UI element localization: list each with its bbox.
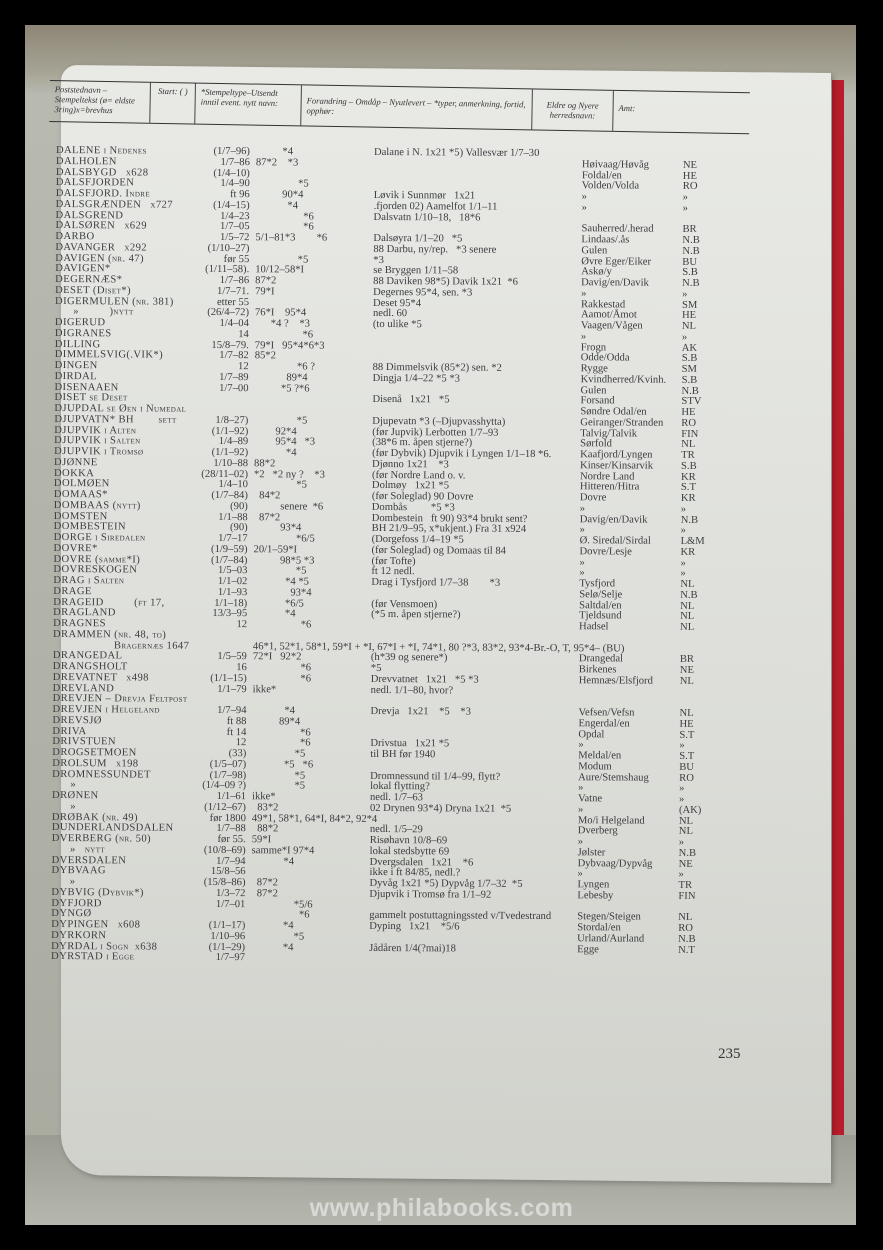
stamp-types: *4 (252, 857, 294, 868)
herred-name: Davig/en/Davik (580, 515, 648, 526)
amt-code: FIN (678, 892, 695, 903)
post-office-list: DALENE i Nedenes(1/7–96) *4Dalane i N. 1… (51, 146, 756, 967)
stamp-types: ikke* (253, 685, 277, 696)
start-date: 12 (185, 620, 247, 631)
change-notes: Drag i Tysfjord 1/7–38 *3 (371, 578, 500, 590)
amt-code: N.B (680, 591, 697, 602)
page-number: 235 (718, 1046, 741, 1063)
amt-code: NL (680, 677, 694, 688)
herred-name: Dverberg (578, 826, 618, 837)
place-name: DYRSTAD i Egge (51, 952, 134, 963)
herred-name: Dybvaag/Dypvåg (578, 859, 653, 870)
amt-code: S.B (682, 376, 698, 387)
amt-code: N.B (679, 849, 696, 860)
book-cover-edge (832, 80, 844, 1155)
stamp-types: *6 (253, 620, 311, 631)
start-date: (1/10–27) (187, 244, 249, 255)
herred-name: Volden/Volda (582, 181, 639, 192)
change-notes: 02 Drynen 93*4) Dryna 1x21 *5 (370, 804, 511, 816)
amt-code: » (683, 204, 688, 215)
stamp-types: *4 (251, 943, 293, 954)
herred-name: Aure/Stemshaug (578, 773, 649, 784)
place-name: » (52, 802, 76, 813)
herred-name: Hadsel (579, 622, 608, 633)
start-date: 1/7–97 (183, 953, 245, 964)
start-date: (1/1–15) (185, 674, 247, 685)
amt-code: NL (680, 623, 694, 634)
stamp-types: 87*2 (251, 889, 278, 900)
stamp-types: 5/1–81*3 *6 (255, 233, 327, 244)
amt-code: (AK) (679, 806, 701, 817)
amt-code: N.B (682, 247, 699, 258)
change-notes: 88 Darbu, ny/rep. *3 senere (373, 245, 496, 257)
amt-code: NE (683, 161, 697, 172)
change-notes: Dalsvatn 1/10–18, 18*6 (374, 212, 481, 223)
header-herred: Eldre og Nyere herredsnavn: (532, 89, 614, 130)
herred-name: Egge (577, 945, 599, 956)
herred-name: Vaagen/Vågen (581, 321, 643, 332)
start-date: ft 88 (184, 717, 246, 728)
herred-name: Hemnæs/Elsfjord (579, 676, 653, 687)
amt-code: » (681, 505, 686, 516)
header-name: Poststednavn – Stempeltekst (ø= eldste 3… (49, 81, 151, 123)
herred-name: » (581, 289, 586, 300)
start-date: 1/7–89 (187, 373, 249, 384)
start-date: 1/3–72 (183, 889, 245, 900)
change-notes: Drevja 1x21 *5 *3 (371, 707, 471, 718)
watermark: www.philabooks.com (0, 1194, 883, 1223)
change-notes: Djupvik i Tromsø fra 1/1–92 (369, 890, 491, 901)
header-amt: Amt: (613, 91, 664, 132)
change-notes: Dingja 1/4–22 *5 *3 (373, 374, 460, 385)
change-notes: Dyping 1x21 *5/6 (369, 922, 459, 933)
change-notes: nedl. 1/1–80, hvor? (371, 685, 453, 696)
stamp-types: 87*2 *3 (256, 158, 298, 169)
amt-code: BU (679, 763, 694, 774)
change-notes: til BH før 1940 (370, 750, 435, 761)
herred-name: Gulen (581, 246, 607, 257)
start-date: (10/8–69) (184, 846, 246, 857)
start-date: 1/1–79 (185, 684, 247, 695)
change-notes: (*5 m. åpen stjerne?) (371, 610, 460, 621)
start-date: (1/4–15) (188, 201, 250, 212)
amt-code: RO (681, 419, 696, 430)
stamp-types: 88*2 (254, 459, 275, 470)
herred-name: Davig/en/Davik (581, 278, 649, 289)
change-notes: Disenå 1x21 *5 (372, 395, 449, 406)
change-notes: Jådåren 1/4(?mai)18 (369, 943, 456, 954)
herred-name: Lebesby (577, 891, 613, 902)
change-notes: (h*39 og senere*) (371, 653, 448, 664)
stamp-types: *5 ?*6 (254, 384, 309, 395)
amt-code: KR (680, 548, 695, 559)
header-stamp: *Stempeltype–Utsendt inntil event. nytt … (195, 84, 302, 126)
herred-name: Dovre/Lesje (579, 547, 631, 558)
header-start: Start: ( ) (150, 83, 196, 124)
header-change: Forandring – Omdåp – Nyutlevert – *typer… (301, 85, 533, 129)
change-notes: (to ulike *5 (373, 320, 422, 331)
amt-code: N.B (678, 935, 695, 946)
start-date: 1/7–00 (186, 383, 248, 394)
herred-name: » (582, 203, 587, 214)
amt-code: » (682, 333, 687, 344)
amt-code: S.B (681, 462, 697, 473)
start-date: (90) (186, 502, 248, 513)
amt-code: N.T (678, 945, 695, 956)
amt-code: » (682, 290, 687, 301)
herred-name: Jølster (578, 848, 606, 859)
stamp-types: 79*I (255, 287, 274, 298)
amt-code: HE (679, 720, 693, 731)
herred-name: » (581, 332, 586, 343)
herred-name: » (578, 805, 583, 816)
herred-name: » (580, 504, 585, 515)
start-date: 1/7–01 (183, 899, 245, 910)
